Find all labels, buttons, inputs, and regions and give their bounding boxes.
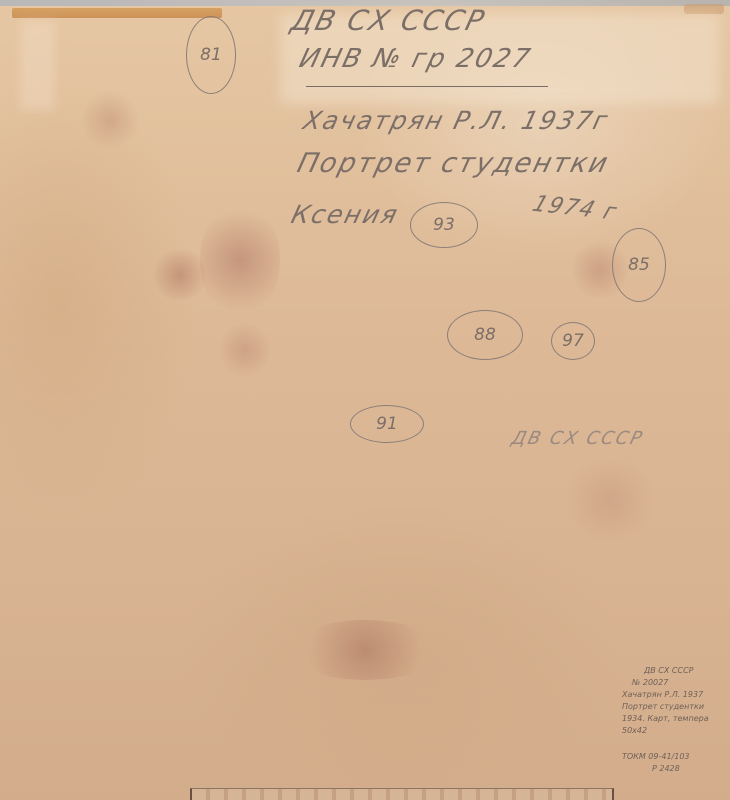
circled-number: 91	[350, 405, 424, 443]
circled-number: 93	[410, 202, 478, 248]
circled-number: 85	[612, 228, 666, 302]
label-row: 50х42	[622, 725, 722, 737]
stain	[290, 620, 440, 680]
label-row: Хачатрян Р.Л. 1937	[622, 689, 722, 701]
stain	[150, 250, 210, 300]
tape-strip	[12, 8, 222, 18]
inscription-line-5: Ксения	[288, 200, 402, 229]
stain	[220, 320, 270, 380]
inscription-year: 1974 г	[529, 192, 622, 226]
circled-number: 88	[447, 310, 523, 360]
inscription-line-3: Хачатрян Р.Л. 1937г	[300, 106, 612, 135]
stain	[200, 200, 280, 320]
label-row: ДВ СХ СССР	[622, 665, 722, 677]
tape-fragment	[684, 4, 724, 14]
circled-number: 81	[186, 16, 236, 94]
inscription-line-1: ДВ СХ СССР	[288, 4, 489, 37]
stamp-mark: ДВ СХ СССР	[509, 428, 646, 449]
circled-number: 97	[551, 322, 595, 360]
stain	[80, 90, 140, 150]
label-row: № 20027	[622, 677, 722, 689]
label-code-row: ТОКМ 09-41/103	[622, 751, 722, 763]
label-code-row: Р 2428	[622, 763, 722, 775]
light-patch-left	[20, 20, 55, 110]
painting-back-board: ДВ СХ СССР ИНВ № гр 2027 Хачатрян Р.Л. 1…	[0, 0, 730, 800]
underline	[306, 86, 548, 87]
inscription-line-2: ИНВ № гр 2027	[296, 44, 534, 74]
label-row: Портрет студентки	[622, 701, 722, 713]
label-row: 1934. Карт, темпера	[622, 713, 722, 725]
stain	[560, 460, 660, 540]
inventory-label: ДВ СХ СССР № 20027 Хачатрян Р.Л. 1937 По…	[622, 665, 722, 775]
bottom-label-strip	[190, 788, 614, 800]
inscription-line-4: Портрет студентки	[294, 148, 613, 179]
